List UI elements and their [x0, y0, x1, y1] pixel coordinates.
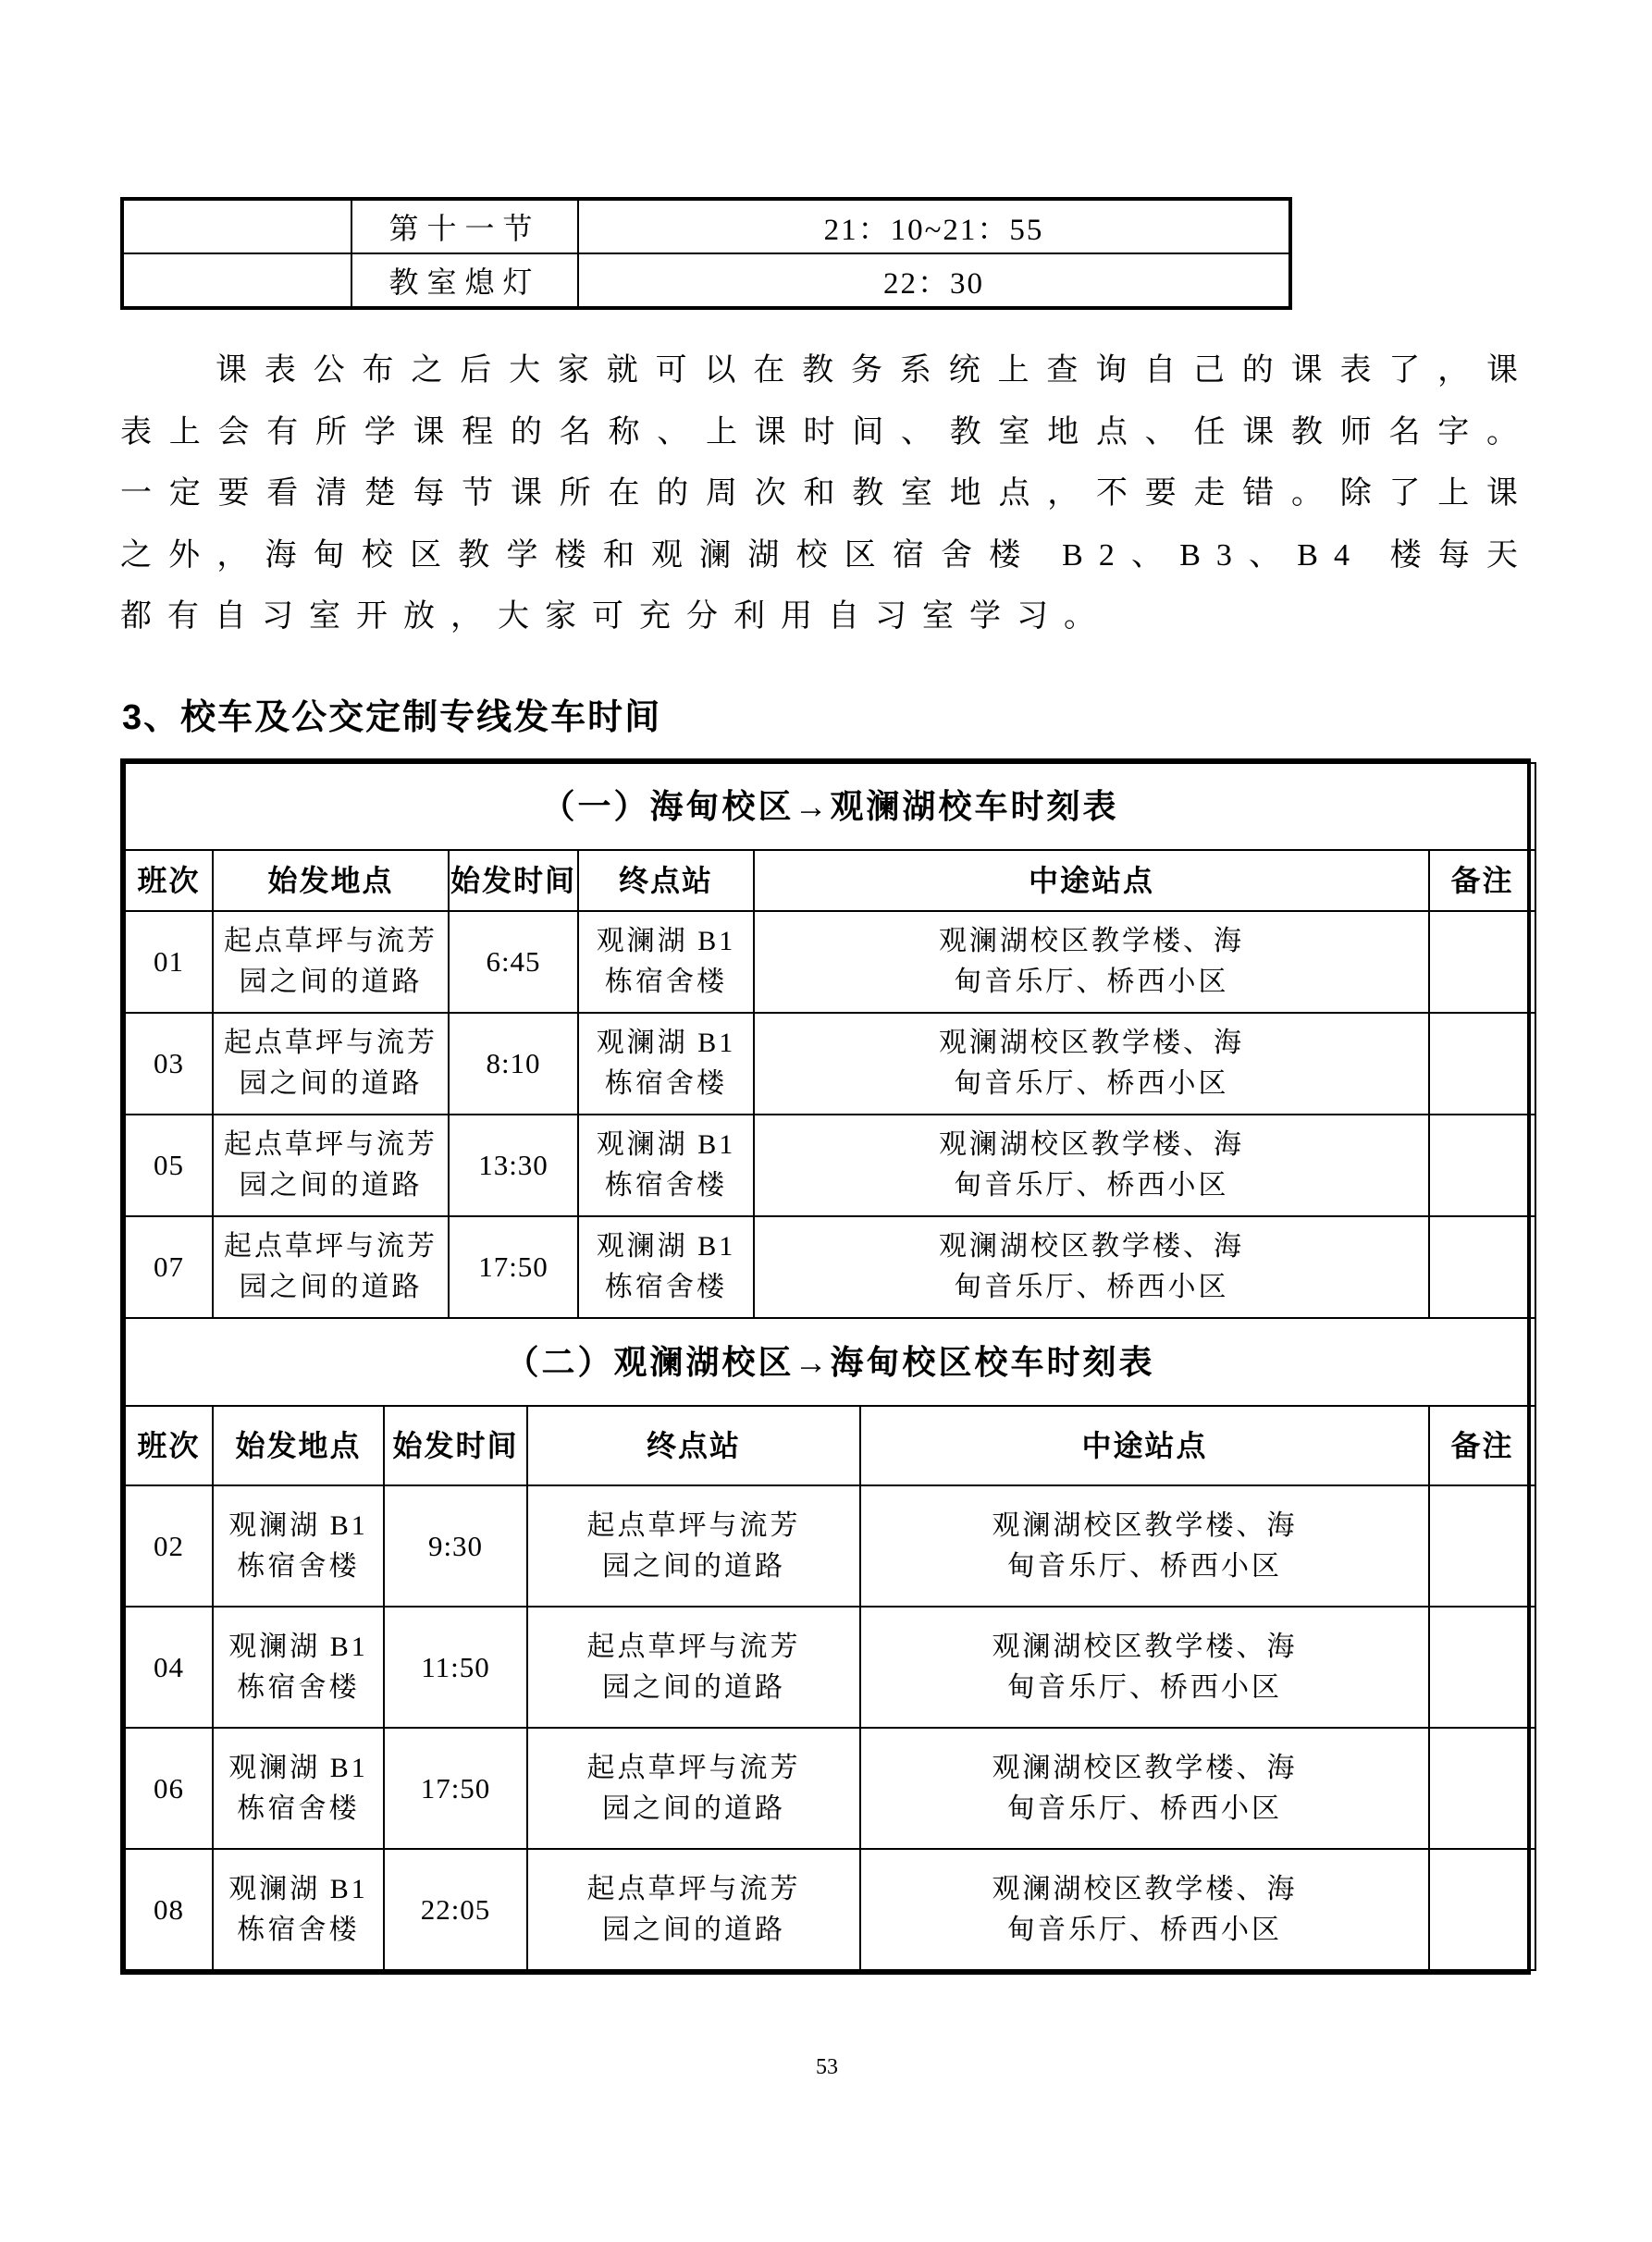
col-header-note: 备注: [1429, 850, 1535, 911]
section1-title: （一）海甸校区→观澜湖校车时刻表: [125, 763, 1535, 850]
terminal-cell: 起点草坪与流芳 园之间的道路: [527, 1485, 860, 1607]
terminal-cell: 观澜湖 B1 栋宿舍楼: [578, 1216, 754, 1318]
col-header-note: 备注: [1429, 1406, 1535, 1485]
page-number: 53: [120, 2055, 1534, 2080]
origin-cell: 观澜湖 B1 栋宿舍楼: [213, 1485, 384, 1607]
origin-cell: 观澜湖 B1 栋宿舍楼: [213, 1849, 384, 1970]
terminal-cell: 观澜湖 B1 栋宿舍楼: [578, 1013, 754, 1115]
depart-time-cell: 13:30: [449, 1115, 578, 1216]
shift-no: 06: [125, 1728, 213, 1849]
shift-no: 04: [125, 1607, 213, 1728]
terminal-cell: 起点草坪与流芳 园之间的道路: [527, 1728, 860, 1849]
stops-cell: 观澜湖校区教学楼、海 甸音乐厅、桥西小区: [860, 1607, 1429, 1728]
origin-cell: 观澜湖 B1 栋宿舍楼: [213, 1607, 384, 1728]
col-header-depart-time: 始发时间: [384, 1406, 527, 1485]
section-title-row: （一）海甸校区→观澜湖校车时刻表: [125, 763, 1535, 850]
origin-cell: 起点草坪与流芳 园之间的道路: [213, 911, 449, 1013]
terminal-cell: 起点草坪与流芳 园之间的道路: [527, 1849, 860, 1970]
empty-cell: [122, 253, 351, 308]
table-row: 01 起点草坪与流芳 园之间的道路 6:45 观澜湖 B1 栋宿舍楼 观澜湖校区…: [125, 911, 1535, 1013]
terminal-cell: 观澜湖 B1 栋宿舍楼: [578, 911, 754, 1013]
col-header-shift: 班次: [125, 850, 213, 911]
table-row: 05 起点草坪与流芳 园之间的道路 13:30 观澜湖 B1 栋宿舍楼 观澜湖校…: [125, 1115, 1535, 1216]
note-cell: [1429, 1728, 1535, 1849]
shift-no: 03: [125, 1013, 213, 1115]
shift-no: 07: [125, 1216, 213, 1318]
note-cell: [1429, 1115, 1535, 1216]
note-cell: [1429, 1849, 1535, 1970]
col-header-terminal: 终点站: [527, 1406, 860, 1485]
stops-cell: 观澜湖校区教学楼、海 甸音乐厅、桥西小区: [754, 1013, 1429, 1115]
shift-no: 08: [125, 1849, 213, 1970]
col-header-shift: 班次: [125, 1406, 213, 1485]
intro-paragraph: 课表公布之后大家就可以在教务系统上查询自己的课表了，课表上会有所学课程的名称、上…: [120, 340, 1534, 648]
note-cell: [1429, 1485, 1535, 1607]
table-row: 08 观澜湖 B1 栋宿舍楼 22:05 起点草坪与流芳 园之间的道路 观澜湖校…: [125, 1849, 1535, 1970]
note-cell: [1429, 1216, 1535, 1318]
depart-time-cell: 22:05: [384, 1849, 527, 1970]
section-title-row: （二）观澜湖校区→海甸校区校车时刻表: [125, 1319, 1535, 1406]
col-header-stops: 中途站点: [754, 850, 1429, 911]
depart-time-cell: 9:30: [384, 1485, 527, 1607]
bus-table-section2: （二）观澜湖校区→海甸校区校车时刻表 班次 始发地点 始发时间 终点站 中途站点…: [124, 1319, 1536, 1971]
section-heading: 3、校车及公交定制专线发车时间: [122, 688, 1528, 739]
origin-cell: 起点草坪与流芳 园之间的道路: [213, 1216, 449, 1318]
note-cell: [1429, 911, 1535, 1013]
stops-cell: 观澜湖校区教学楼、海 甸音乐厅、桥西小区: [754, 911, 1429, 1013]
stops-cell: 观澜湖校区教学楼、海 甸音乐厅、桥西小区: [860, 1849, 1429, 1970]
period-time: 22：30: [578, 253, 1290, 308]
table-row: 第十一节 21：10~21：55: [122, 199, 1290, 253]
col-header-stops: 中途站点: [860, 1406, 1429, 1485]
table-row: 04 观澜湖 B1 栋宿舍楼 11:50 起点草坪与流芳 园之间的道路 观澜湖校…: [125, 1607, 1535, 1728]
col-header-depart-time: 始发时间: [449, 850, 578, 911]
stops-cell: 观澜湖校区教学楼、海 甸音乐厅、桥西小区: [860, 1485, 1429, 1607]
terminal-cell: 观澜湖 B1 栋宿舍楼: [578, 1115, 754, 1216]
empty-cell: [122, 199, 351, 253]
col-header-terminal: 终点站: [578, 850, 754, 911]
shift-no: 01: [125, 911, 213, 1013]
table-row: 03 起点草坪与流芳 园之间的道路 8:10 观澜湖 B1 栋宿舍楼 观澜湖校区…: [125, 1013, 1535, 1115]
table-row: 07 起点草坪与流芳 园之间的道路 17:50 观澜湖 B1 栋宿舍楼 观澜湖校…: [125, 1216, 1535, 1318]
shift-no: 05: [125, 1115, 213, 1216]
col-header-origin: 始发地点: [213, 850, 449, 911]
period-label: 第十一节: [351, 199, 578, 253]
origin-cell: 起点草坪与流芳 园之间的道路: [213, 1115, 449, 1216]
origin-cell: 观澜湖 B1 栋宿舍楼: [213, 1728, 384, 1849]
table-row: 02 观澜湖 B1 栋宿舍楼 9:30 起点草坪与流芳 园之间的道路 观澜湖校区…: [125, 1485, 1535, 1607]
header-row: 班次 始发地点 始发时间 终点站 中途站点 备注: [125, 850, 1535, 911]
stops-cell: 观澜湖校区教学楼、海 甸音乐厅、桥西小区: [754, 1216, 1429, 1318]
header-row: 班次 始发地点 始发时间 终点站 中途站点 备注: [125, 1406, 1535, 1485]
depart-time-cell: 17:50: [449, 1216, 578, 1318]
depart-time-cell: 6:45: [449, 911, 578, 1013]
shift-no: 02: [125, 1485, 213, 1607]
table-row: 教室熄灯 22：30: [122, 253, 1290, 308]
section2-title: （二）观澜湖校区→海甸校区校车时刻表: [125, 1319, 1535, 1406]
bus-schedule-table: （一）海甸校区→观澜湖校车时刻表 班次 始发地点 始发时间 终点站 中途站点 备…: [120, 758, 1531, 1975]
bus-table-section1: （一）海甸校区→观澜湖校车时刻表 班次 始发地点 始发时间 终点站 中途站点 备…: [124, 762, 1536, 1319]
period-label: 教室熄灯: [351, 253, 578, 308]
col-header-origin: 始发地点: [213, 1406, 384, 1485]
top-schedule-table: 第十一节 21：10~21：55 教室熄灯 22：30: [120, 197, 1292, 310]
note-cell: [1429, 1607, 1535, 1728]
stops-cell: 观澜湖校区教学楼、海 甸音乐厅、桥西小区: [860, 1728, 1429, 1849]
depart-time-cell: 17:50: [384, 1728, 527, 1849]
table-row: 06 观澜湖 B1 栋宿舍楼 17:50 起点草坪与流芳 园之间的道路 观澜湖校…: [125, 1728, 1535, 1849]
period-time: 21：10~21：55: [578, 199, 1290, 253]
document-page: 第十一节 21：10~21：55 教室熄灯 22：30 课表公布之后大家就可以在…: [0, 0, 1652, 2242]
stops-cell: 观澜湖校区教学楼、海 甸音乐厅、桥西小区: [754, 1115, 1429, 1216]
depart-time-cell: 11:50: [384, 1607, 527, 1728]
terminal-cell: 起点草坪与流芳 园之间的道路: [527, 1607, 860, 1728]
note-cell: [1429, 1013, 1535, 1115]
depart-time-cell: 8:10: [449, 1013, 578, 1115]
origin-cell: 起点草坪与流芳 园之间的道路: [213, 1013, 449, 1115]
